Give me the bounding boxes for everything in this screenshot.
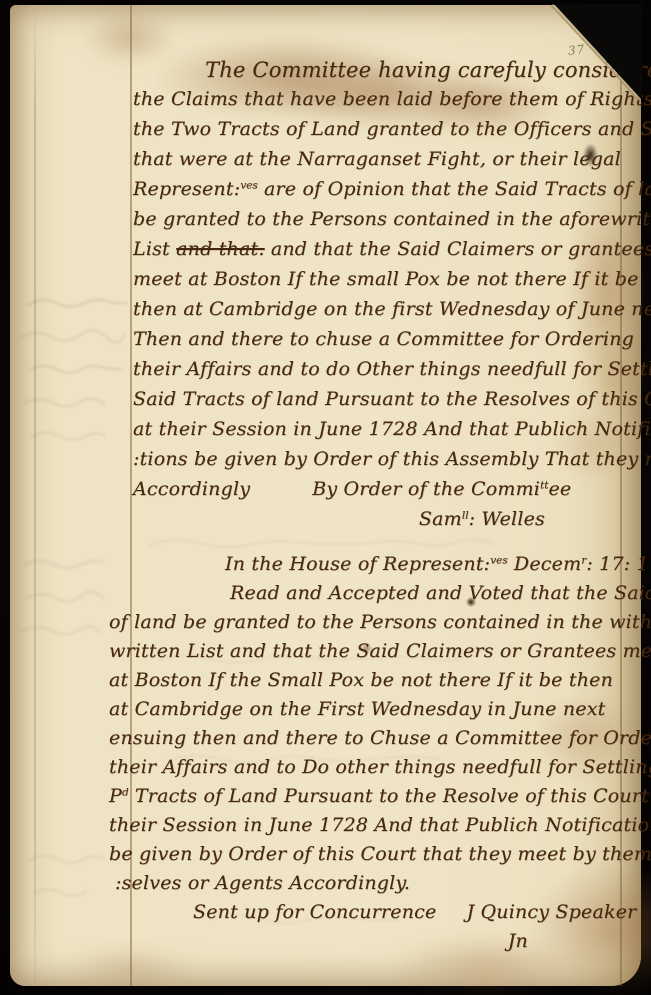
text-line: their Session in June 1728 And that Publ… — [109, 814, 633, 843]
text-segment: In the House of Represent: — [225, 553, 490, 575]
text-segment: ll — [462, 510, 469, 522]
photo-backdrop: 37 The Committee having carefuly considd… — [0, 0, 651, 995]
text-line: :tions be given by Order of this Assembl… — [133, 448, 633, 478]
text-line: at their Session in June 1728 And that P… — [133, 418, 633, 448]
text-segment: Jn — [508, 930, 528, 952]
text-segment: ensuing then and there to Chuse a Commit… — [109, 727, 651, 749]
text-segment: : 17: 1729 — [586, 553, 651, 575]
text-segment: written List and that the Said Claimers … — [109, 640, 651, 662]
text-segment: meet at Boston If the small Pox be not t… — [133, 268, 639, 290]
binding-crease — [34, 5, 36, 986]
text-line: Read and Accepted and Voted that the Sai… — [230, 582, 633, 611]
text-line: In the House of Represent:ves Decemr: 17… — [225, 553, 633, 582]
section-committee-order: The Committee having carefuly considdred… — [133, 58, 633, 538]
text-segment: their Affairs and to Do other things nee… — [109, 756, 651, 778]
text-segment: at Boston If the Small Pox be not there … — [109, 669, 613, 691]
text-line: the Two Tracts of Land granted to the Of… — [133, 118, 633, 148]
text-segment: the Two Tracts of Land granted to the Of… — [133, 118, 651, 140]
text-segment: J Quincy Speaker — [466, 901, 636, 923]
text-segment: be given by Order of this Court that the… — [109, 843, 651, 865]
text-line: at Cambridge on the First Wednesday in J… — [109, 698, 633, 727]
text-segment: :tions be given by Order of this Assembl… — [133, 448, 651, 470]
text-line: AccordinglyBy Order of the Committee — [133, 478, 633, 508]
text-line: Pd Tracts of Land Pursuant to the Resolv… — [109, 785, 633, 814]
text-segment: Then and there to chuse a Committee for … — [133, 328, 634, 350]
text-segment: their Affairs and to do Other things nee… — [133, 358, 651, 380]
text-segment: Sam — [419, 508, 462, 530]
text-segment: of land be granted to the Persons contai… — [109, 611, 651, 633]
text-segment: then at Cambridge on the first Wednesday… — [133, 298, 651, 320]
text-segment: at their Session in June 1728 And that P… — [133, 418, 651, 440]
text-line: Said Tracts of land Pursuant to the Reso… — [133, 388, 633, 418]
text-line: Jn — [133, 930, 633, 959]
text-line: that were at the Narraganset Fight, or t… — [133, 148, 633, 178]
text-segment: P — [109, 785, 122, 807]
text-line: be granted to the Persons contained in t… — [133, 208, 633, 238]
text-segment: and that. — [176, 238, 264, 260]
text-line: Sent up for ConcurrenceJ Quincy Speaker — [193, 901, 633, 930]
text-segment: Said Tracts of land Pursuant to the Reso… — [133, 388, 651, 410]
manuscript-text: The Committee having carefuly considdred… — [133, 58, 633, 959]
text-segment: the Claims that have been laid before th… — [133, 88, 651, 110]
text-line: be given by Order of this Court that the… — [109, 843, 633, 872]
text-segment: Accordingly — [133, 478, 250, 500]
page-number: 37 — [567, 42, 586, 58]
text-segment: be granted to the Persons contained in t… — [133, 208, 651, 230]
text-segment: : Welles — [469, 508, 545, 530]
text-segment: Read and Accepted and Voted that the Sai… — [230, 582, 651, 604]
text-segment: their Session in June 1728 And that Publ… — [109, 814, 651, 836]
text-segment: Sent up for Concurrence — [193, 901, 436, 923]
text-line: of land be granted to the Persons contai… — [109, 611, 633, 640]
text-line: at Boston If the Small Pox be not there … — [109, 669, 633, 698]
text-line: Represent:ves are of Opinion that the Sa… — [133, 178, 633, 208]
text-line: the Claims that have been laid before th… — [133, 88, 633, 118]
text-line: meet at Boston If the small Pox be not t… — [133, 268, 633, 298]
text-segment: d — [122, 787, 129, 799]
text-segment: at Cambridge on the First Wednesday in J… — [109, 698, 606, 720]
text-segment: By Order of the Commi — [312, 478, 540, 500]
text-segment: Represent: — [133, 178, 240, 200]
text-segment: :selves or Agents Accordingly. — [115, 872, 410, 894]
text-line: written List and that the Said Claimers … — [109, 640, 633, 669]
manuscript-page: 37 The Committee having carefuly considd… — [10, 5, 641, 986]
text-segment: List — [133, 238, 176, 260]
text-segment: Tracts of Land Pursuant to the Resolve o… — [129, 785, 651, 807]
text-segment: ves — [490, 555, 507, 567]
text-line: their Affairs and to do Other things nee… — [133, 358, 633, 388]
text-line: then at Cambridge on the first Wednesday… — [133, 298, 633, 328]
text-line: Samll: Welles — [133, 508, 633, 538]
section-house-vote: In the House of Represent:ves Decemr: 17… — [133, 553, 633, 959]
text-segment: The Committee having carefuly considdred — [205, 58, 651, 82]
text-segment: Decem — [508, 553, 582, 575]
text-segment: ves — [240, 180, 257, 192]
text-segment: and that the Said Claimers or grantees — [265, 238, 651, 260]
text-line: List and that. and that the Said Claimer… — [133, 238, 633, 268]
text-segment: ee — [548, 478, 571, 500]
text-line: The Committee having carefuly considdred — [205, 58, 633, 88]
text-segment: are of Opinion that the Said Tracts of l… — [258, 178, 651, 200]
text-line: Then and there to chuse a Committee for … — [133, 328, 633, 358]
text-line: ensuing then and there to Chuse a Commit… — [109, 727, 633, 756]
text-line: their Affairs and to Do other things nee… — [109, 756, 633, 785]
text-line: :selves or Agents Accordingly. — [115, 872, 633, 901]
text-segment: that were at the Narraganset Fight, or t… — [133, 148, 621, 170]
